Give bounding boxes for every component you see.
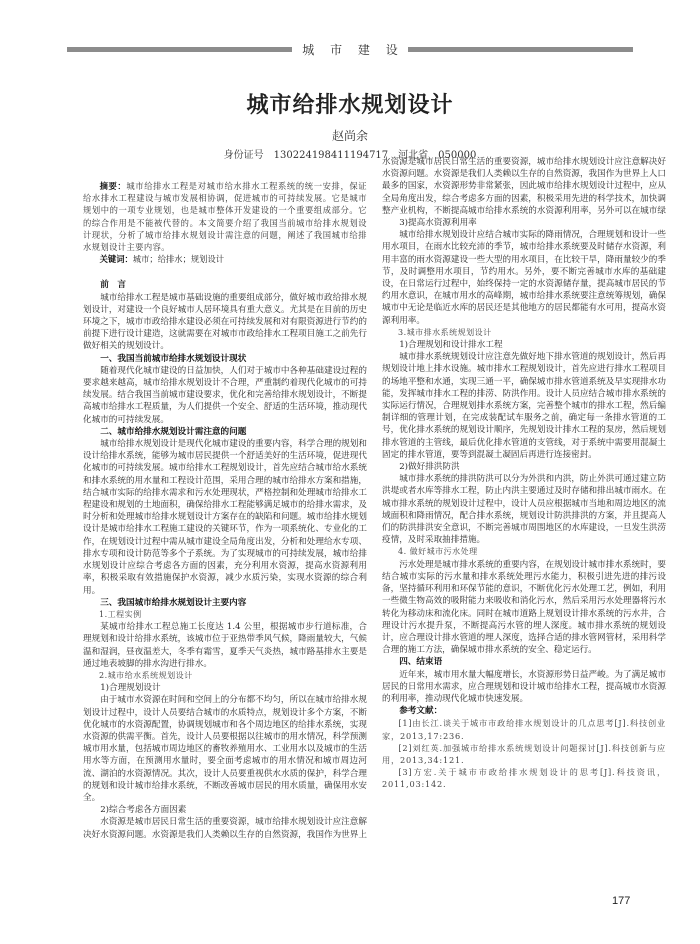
paragraph-section-4: 近年来，城市用水量大幅度增长，水资源形势日益严峻。为了满足城市居民的日常用水需求…	[382, 669, 666, 706]
heading-section-4: 四、结束语	[382, 656, 666, 668]
paragraph-3-2-3: 城市给排水规划设计应结合城市实际的降雨情况，合理规划和设计一些用水项目，在雨水比…	[382, 229, 666, 327]
header-rule-left	[67, 47, 292, 52]
reference-item: [3]方宏.关于城市市政给排水规划设计的思考[J].科技资讯，2011,03:1…	[382, 766, 666, 790]
paragraph-3-2-2: 水资源是城市居民日常生活的重要资源，城市给排水规划设计应注意解决好水资源问题。水…	[83, 816, 367, 840]
paragraph-3-3-1: 城市排水系统规划设计应注意先做好地下排水管道的规划设计，然后再规划设计地上排水设…	[382, 351, 666, 461]
subheading-3-2-1: 1)合理规划设计	[83, 682, 367, 694]
paragraph-section-1: 随着现代化城市建设的日益加快，人们对于城市中各种基础建设过程的要求越来越高，城市…	[83, 365, 367, 426]
subheading-3-1: 1.工程实例	[83, 609, 367, 621]
keywords-text: 城市；给排水；规划设计	[133, 254, 224, 264]
paragraph-3-3-2: 城市排水系统的排洪防洪可以分为外洪和内洪，防止外洪可通过建立防洪堤或者水库等排水…	[382, 473, 666, 546]
keywords: 关键词：城市；给排水；规划设计	[83, 253, 367, 265]
paragraph-3-2-2-cont: 水资源是城市居民日常生活的重要资源，城市给排水规划设计应注意解决好水资源问题。水…	[382, 156, 666, 217]
heading-references: 参考文献：	[382, 705, 666, 717]
heading-section-2: 二、城市给排水规划设计需注意的问题	[83, 426, 367, 438]
continued-text: 水资源是城市居民日常生活的重要资源，城市给排水规划设计应注意解决好水资源问题。水…	[382, 157, 666, 217]
abstract: 摘要：城市给排水工程是对城市给水排水工程系统的统一安排，保证给水排水工程建设与城…	[83, 180, 367, 253]
header-rule-right	[408, 47, 633, 52]
abstract-text: 城市给排水工程是对城市给水排水工程系统的统一安排，保证给水排水工程建设与城市发展…	[83, 181, 367, 252]
subheading-3-3-1: 1)合理规划和设计排水工程	[382, 339, 666, 351]
subheading-3-2: 2.城市给水系统规划设计	[83, 670, 367, 682]
paragraph-preface: 城市给排水工程是城市基础设施的重要组成部分，做好城市政给排水规划设计，对建设一个…	[83, 292, 367, 353]
section-label: 城 市 建 设	[292, 41, 407, 58]
paragraph-3-4: 污水处理是城市排水系统的重要内容，在规划设计城市排水系统时，要结合城市实际的污水…	[382, 559, 666, 657]
heading-section-1: 一、我国当前城市给排水规划设计现状	[83, 353, 367, 365]
reference-item: [2]刘红英.加强城市给排水系统规划设计问题探讨[J].科技创新与应用，2013…	[382, 742, 666, 766]
paragraph-3-2-1: 由于城市水资源在时间和空间上的分布都不均匀，所以在城市给排水规划设计过程中，设计…	[83, 694, 367, 804]
abstract-label: 摘要：	[100, 181, 127, 191]
subheading-3-3: 3.城市排水系统规划设计	[382, 327, 666, 339]
article-author: 赵尚余	[0, 127, 700, 144]
subheading-3-3-2: 2)做好排洪防洪	[382, 461, 666, 473]
section-header: 城 市 建 设	[67, 42, 633, 56]
subheading-3-4: 4. 做好城市污水处理	[382, 546, 666, 558]
subheading-3-2-3: 3)提高水资源利用率	[382, 217, 666, 229]
article-title: 城市给排水规划设计	[0, 88, 700, 119]
paragraph-section-2: 城市给排水规划设计是现代化城市建设的重要内容，科学合理的规划和设计给排水系统，能…	[83, 438, 367, 597]
heading-preface: 前 言	[83, 279, 367, 291]
keywords-label: 关键词：	[100, 254, 133, 264]
left-column: 摘要：城市给排水工程是对城市给水排水工程系统的统一安排，保证给水排水工程建设与城…	[83, 180, 367, 840]
page-number: 177	[612, 895, 630, 907]
right-column: 水资源是城市居民日常生活的重要资源，城市给排水规划设计应注意解决好水资源问题。水…	[382, 180, 666, 791]
paragraph-3-1: 某城市给排水工程总施工长度达 1.4 公里，根据城市步行道标准，合理规划和设计给…	[83, 621, 367, 670]
heading-section-3: 三、我国城市给排水规划设计主要内容	[83, 597, 367, 609]
subheading-3-2-2: 2)综合考虑各方面因素	[83, 804, 367, 816]
reference-item: [1]由长江.谈关于城市市政给排水规划设计的几点思考[J].科技创业家，2013…	[382, 717, 666, 741]
